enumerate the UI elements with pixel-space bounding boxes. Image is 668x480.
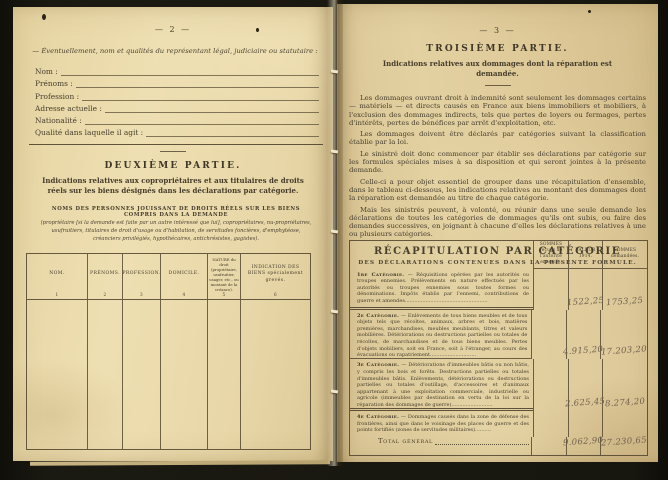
field-label: Adresse actuelle : (35, 104, 105, 113)
column-header-indication-biens: INDICATION DES BIENS spécialement grevés… (240, 254, 310, 299)
value-cell-demandee: 8.274,20 (602, 359, 647, 411)
dotted-leader (435, 439, 529, 445)
category-description: 3e Catégorie. — Détériorations d'immeubl… (350, 359, 533, 411)
handwritten-value: 1753,25 (606, 295, 644, 308)
owners-table-body (27, 300, 310, 449)
blank-write-line (61, 67, 319, 76)
field-label: Prénoms : (35, 79, 76, 88)
handwritten-value: 4.915,20 (563, 345, 604, 358)
category-row-3: 3e Catégorie. — Détériorations d'immeubl… (350, 359, 647, 411)
field-row-prenoms: Prénoms : (35, 76, 319, 88)
blank-write-line (146, 128, 319, 137)
paragraph: Celle-ci a pour objet essentiel de group… (349, 178, 646, 202)
field-label: Qualité dans laquelle il agit : (35, 128, 146, 137)
category-text: — Détériorations d'immeubles bâtis ou no… (357, 362, 529, 408)
table-body-cell (207, 300, 240, 449)
paragraph: Les dommages doivent être déclarés par c… (349, 130, 646, 146)
category-label: 1re Catégorie. (357, 272, 404, 278)
scan-speck (588, 10, 591, 13)
handwritten-value: 8.274,20 (605, 397, 646, 410)
handwritten-total: 9.062,90 (563, 436, 604, 449)
stitch-mark (331, 310, 338, 314)
handwritten-total: 27.230,65 (601, 435, 648, 448)
handwritten-value: 1522,25 (567, 295, 605, 308)
part2-subtitle: Indications relatives aux copropriétaire… (37, 176, 309, 196)
column-header-nom: NOM. 1 (27, 254, 87, 299)
column-number: 5 (208, 292, 240, 298)
recap-table: SOMMES reçues de l'autorité ennemie. VAL… (349, 240, 648, 456)
recap-col-header-sommes-recues: SOMMES reçues de l'autorité ennemie. (533, 241, 568, 269)
left-page: — 2 — — Éventuellement, nom et qualités … (13, 7, 333, 461)
column-header-prenoms: PRÉNOMS. 2 (87, 254, 122, 299)
column-label: NATURE du droit (propriétaire, usufruiti… (209, 257, 239, 293)
table-body-cell (122, 300, 160, 449)
paragraph: Les dommages ouvrant droit à indemnité s… (349, 94, 646, 127)
paragraph: Le sinistré doit donc commencer par étab… (349, 150, 646, 174)
blank-write-line (85, 116, 319, 125)
scan-speck (42, 14, 46, 20)
section-dash (485, 85, 511, 86)
column-label: DOMICILE. (169, 271, 200, 277)
section-dash (160, 151, 186, 152)
column-label: INDICATION DES BIENS spécialement grevés… (242, 265, 309, 284)
page-number: — 3 — (337, 4, 658, 35)
value-cell-recues (533, 269, 568, 310)
value-cell-valeur-1914: 1522,25 (568, 269, 602, 310)
paper-stack-edge (30, 460, 330, 466)
stitch-mark (331, 150, 338, 154)
column-header-profession: PROFESSION. 3 (122, 254, 160, 299)
field-label: Nom : (35, 67, 61, 76)
value-cell-demandee (602, 411, 647, 437)
category-description: 2e Catégorie. — Enlèvements de tous bien… (350, 310, 531, 360)
recap-col-header-sommes-demandees: SOMMES demandées. (602, 241, 647, 269)
value-cell-demandee: 17.203,20 (600, 310, 647, 360)
owners-table: NOM. 1 PRÉNOMS. 2 PROFESSION. 3 DOMICILE… (26, 253, 311, 450)
total-cell-recues (531, 437, 566, 455)
identity-fields: Nom : Prénoms : Profession : Adresse act… (35, 64, 319, 137)
blank-write-line (82, 92, 319, 101)
column-number: 6 (241, 292, 310, 298)
recap-col-header-valeur-1914: VALEUR 1914. (568, 241, 602, 269)
table-body-cell (240, 300, 310, 449)
value-cell-demandee: 1753,25 (602, 269, 647, 310)
column-number: 3 (123, 292, 160, 298)
rights-holders-note-detail: (propriétaire [si la demande est faite p… (37, 220, 315, 243)
value-cell-recues (533, 359, 568, 411)
stitch-mark (331, 70, 338, 74)
rights-holders-note: NOMS DES PERSONNES JOUISSANT DE DROITS R… (37, 206, 315, 243)
total-cell-demandee: 27.230,65 (600, 437, 647, 455)
stitch-mark (331, 390, 338, 394)
blank-write-line (105, 104, 319, 113)
handwritten-value: 2.625,45 (565, 397, 606, 410)
part3-subtitle: Indications relatives aux dommages dont … (361, 59, 634, 79)
category-description: 1re Catégorie. — Réquisitions opérées pa… (350, 269, 533, 310)
stitch-mark (331, 230, 338, 234)
category-text: — Enlèvements de tous biens meubles et d… (357, 313, 527, 359)
table-body-cell (160, 300, 207, 449)
value-cell-valeur-1914 (568, 411, 602, 437)
column-label: NOM. (49, 271, 65, 277)
field-row-adresse: Adresse actuelle : (35, 101, 319, 113)
category-row-1: 1re Catégorie. — Réquisitions opérées pa… (350, 269, 647, 310)
scanned-document: — 2 — — Éventuellement, nom et qualités … (0, 0, 668, 480)
total-label-cell: Total général (350, 437, 531, 455)
value-cell-recues (533, 411, 568, 437)
handwritten-value: 17.203,20 (601, 345, 648, 358)
table-body-cell (27, 300, 87, 449)
category-row-4: 4e Catégorie. — Dommages causés dans la … (350, 411, 647, 437)
column-number: 1 (27, 292, 87, 298)
field-label: Nationalité : (35, 116, 85, 125)
column-number: 2 (88, 292, 122, 298)
blank-write-line (76, 79, 319, 88)
field-row-profession: Profession : (35, 88, 319, 100)
field-label: Profession : (35, 92, 82, 101)
part3-title: TROISIÈME PARTIE. (337, 44, 658, 54)
field-row-qualite: Qualité dans laquelle il agit : (35, 125, 319, 137)
scan-speck (256, 28, 259, 32)
value-cell-recues (531, 310, 566, 360)
part3-paragraphs: Les dommages ouvrant droit à indemnité s… (349, 94, 646, 238)
rights-holders-note-caps: NOMS DES PERSONNES JOUISSANT DE DROITS R… (37, 206, 315, 218)
column-label: PROFESSION. (122, 271, 160, 277)
value-cell-valeur-1914: 4.915,20 (566, 310, 600, 360)
owners-table-header: NOM. 1 PRÉNOMS. 2 PROFESSION. 3 DOMICILE… (27, 254, 310, 300)
total-label: Total général (378, 437, 435, 445)
representative-note: — Éventuellement, nom et qualités du rep… (31, 47, 319, 55)
field-row-nom: Nom : (35, 64, 319, 76)
binding-gutter (327, 0, 343, 466)
recap-table-header: SOMMES reçues de l'autorité ennemie. VAL… (350, 241, 647, 269)
right-page: — 3 — TROISIÈME PARTIE. Indications rela… (337, 4, 658, 462)
total-inner: Total général (378, 437, 529, 445)
total-cell-valeur-1914: 9.062,90 (566, 437, 600, 455)
column-label: PRÉNOMS. (90, 271, 120, 277)
field-row-nationalite: Nationalité : (35, 113, 319, 125)
column-header-domicile: DOMICILE. 4 (160, 254, 207, 299)
category-row-2: 2e Catégorie. — Enlèvements de tous bien… (350, 310, 647, 360)
category-label: 2e Catégorie. (357, 313, 399, 319)
page-number: — 2 — (13, 7, 333, 34)
category-description: 4e Catégorie. — Dommages causés dans la … (350, 411, 533, 437)
part2-title: DEUXIÈME PARTIE. (13, 161, 333, 171)
recap-header-blank (350, 241, 533, 269)
value-cell-valeur-1914: 2.625,45 (568, 359, 602, 411)
column-number: 4 (161, 292, 207, 298)
column-header-nature-droit: NATURE du droit (propriétaire, usufruiti… (207, 254, 240, 299)
paragraph: Mais les sinistrés peuvent, à volonté, o… (349, 206, 646, 239)
separator-rule (29, 144, 323, 145)
total-row: Total général 9.062,90 27.230,65 (350, 437, 647, 455)
category-label: 3e Catégorie. (357, 362, 399, 368)
table-body-cell (87, 300, 122, 449)
category-label: 4e Catégorie. (357, 414, 399, 420)
